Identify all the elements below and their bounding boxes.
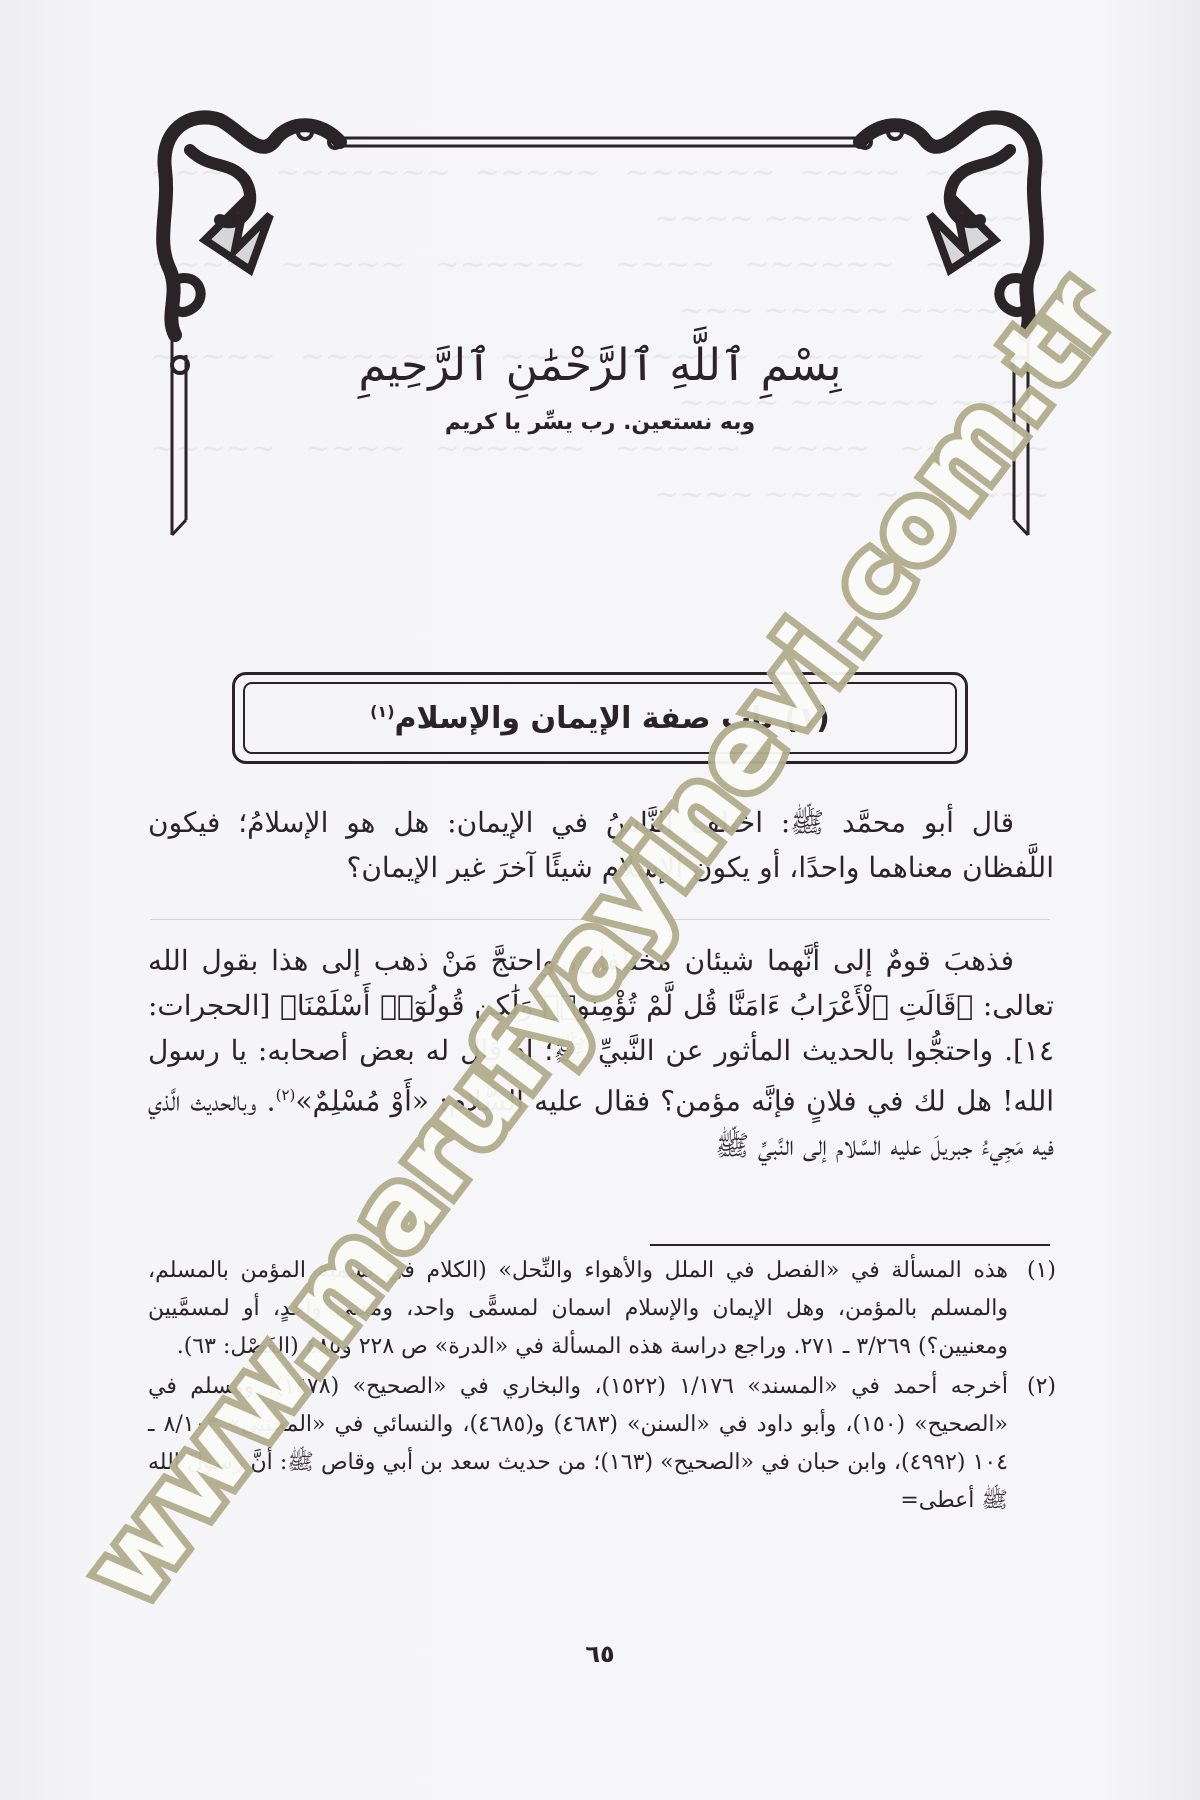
footnote-ref[interactable]: (٢) [276, 1086, 296, 1104]
footnote-number: (٢) [1008, 1368, 1056, 1520]
basmala-heading: بِسْمِ ٱللَّهِ ٱلرَّحْمَٰنِ ٱلرَّحِيمِ [150, 340, 1050, 391]
book-page: ~~~~~ ~~~~ ~~~~~~ ~~~~~ ~~~~~~~ ~~~~ ~~~… [0, 0, 1200, 1800]
paragraph-text-block: فذهبَ قومٌ إلى أنَّهما شيئان مختلفان، وا… [148, 938, 1054, 1168]
chapter-title: (١) باب صفة الإيمان والإسلام(١) [370, 701, 830, 736]
chapter-title-inner: (١) باب صفة الإيمان والإسلام(١) [243, 682, 957, 754]
footnote-text: أخرجه أحمد في «المسند» ١/١٧٦ (١٥٢٢)، وال… [148, 1368, 1008, 1520]
corner-ornament-icon [150, 110, 1050, 550]
footnote-ref[interactable]: (١) [370, 702, 394, 721]
footnote-number: (١) [1008, 1252, 1056, 1366]
bleed-rule [150, 919, 1050, 920]
footnote-text: هذه المسألة في «الفصل في الملل والأهواء … [148, 1252, 1008, 1366]
page-number: ٦٥ [0, 1640, 1200, 1668]
supplication-line: وبه نستعين. رب يسِّر يا كريم [150, 410, 1050, 435]
paragraph-text: قال أبو محمَّد ﷺ: اختلف النَّاسُ في الإي… [148, 800, 1054, 890]
footnote-separator [650, 1244, 1050, 1246]
footnote-item: (١) هذه المسألة في «الفصل في الملل والأه… [148, 1252, 1056, 1366]
ornamental-header-frame [150, 110, 1050, 550]
body-paragraph-2: فذهبَ قومٌ إلى أنَّهما شيئان مختلفان، وا… [148, 938, 1054, 1168]
chapter-title-box: (١) باب صفة الإيمان والإسلام(١) [232, 672, 968, 764]
body-paragraph-1: قال أبو محمَّد ﷺ: اختلف النَّاسُ في الإي… [148, 800, 1054, 890]
chapter-title-text: (١) باب صفة الإيمان والإسلام [395, 701, 830, 736]
footnote-item: (٢) أخرجه أحمد في «المسند» ١/١٧٦ (١٥٢٢)،… [148, 1368, 1056, 1520]
footnotes-section: (١) هذه المسألة في «الفصل في الملل والأه… [148, 1252, 1056, 1522]
